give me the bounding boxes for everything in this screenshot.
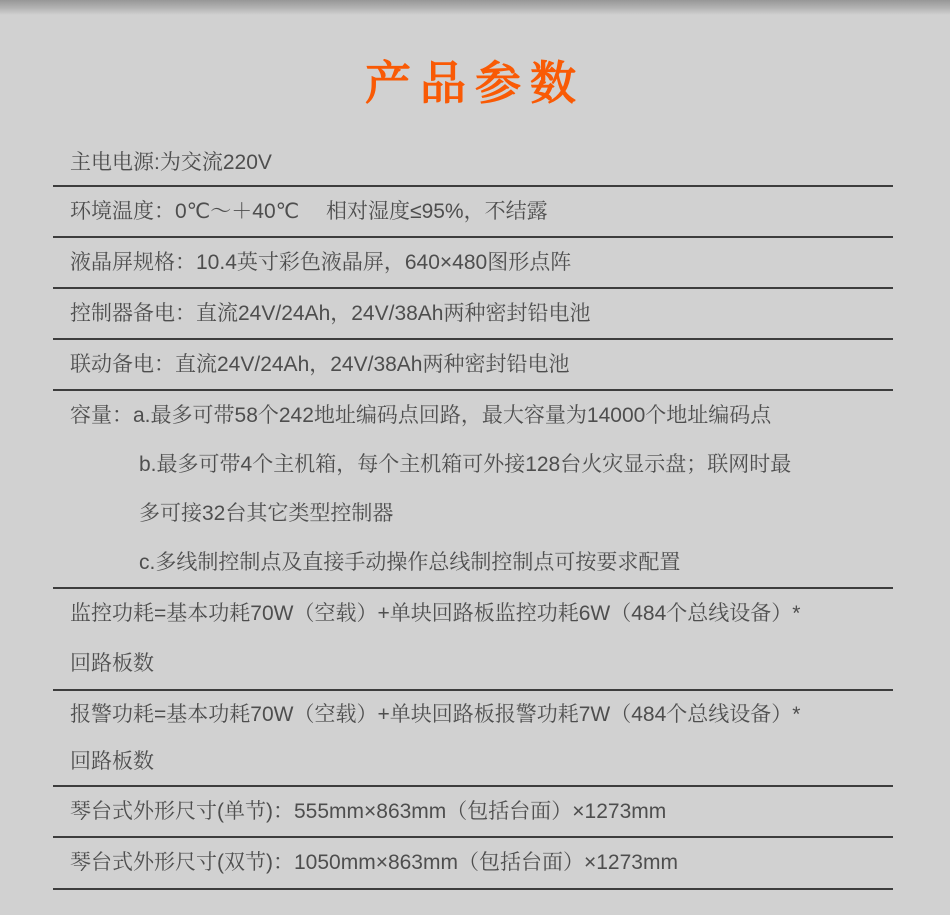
spec-line: c.多线制控制点及直接手动操作总线制控制点可按要求配置	[53, 538, 893, 587]
spec-line: 回路板数	[53, 738, 893, 785]
spec-row-controller-backup-power: 控制器备电：直流24V/24Ah，24V/38Ah两种密封铅电池	[53, 289, 893, 340]
spec-line: 多可接32台其它类型控制器	[53, 489, 893, 538]
spec-row-console-dimensions-single: 琴台式外形尺寸(单节)：555mm×863mm（包括台面）×1273mm	[53, 787, 893, 838]
specs-table: 主电电源:为交流220V 环境温度：0℃～＋40℃ 相对湿度≤95%，不结露 液…	[53, 141, 893, 890]
spec-line: 报警功耗=基本功耗70W（空载）+单块回路板报警功耗7W（484个总线设备）*	[53, 691, 893, 738]
spec-row-console-dimensions-double: 琴台式外形尺寸(双节)：1050mm×863mm（包括台面）×1273mm	[53, 838, 893, 890]
spec-line: 监控功耗=基本功耗70W（空载）+单块回路板监控功耗6W（484个总线设备）*	[53, 589, 893, 639]
spec-line: 琴台式外形尺寸(单节)：555mm×863mm（包括台面）×1273mm	[53, 787, 893, 836]
spec-row-alarm-power-consumption: 报警功耗=基本功耗70W（空载）+单块回路板报警功耗7W（484个总线设备）* …	[53, 691, 893, 787]
product-parameters-page: 产品参数 主电电源:为交流220V 环境温度：0℃～＋40℃ 相对湿度≤95%，…	[0, 0, 950, 915]
spec-line: 控制器备电：直流24V/24Ah，24V/38Ah两种密封铅电池	[53, 289, 893, 338]
spec-row-linkage-backup-power: 联动备电：直流24V/24Ah，24V/38Ah两种密封铅电池	[53, 340, 893, 391]
spec-row-ambient-temperature: 环境温度：0℃～＋40℃ 相对湿度≤95%，不结露	[53, 187, 893, 238]
spec-line: 回路板数	[53, 639, 893, 689]
spec-row-lcd-screen: 液晶屏规格：10.4英寸彩色液晶屏，640×480图形点阵	[53, 238, 893, 289]
spec-line: 主电电源:为交流220V	[53, 141, 893, 185]
spec-line: 琴台式外形尺寸(双节)：1050mm×863mm（包括台面）×1273mm	[53, 838, 893, 888]
spec-line: 容量：a.最多可带58个242地址编码点回路，最大容量为14000个地址编码点	[53, 391, 893, 440]
top-shadow	[0, 0, 950, 15]
spec-row-capacity: 容量：a.最多可带58个242地址编码点回路，最大容量为14000个地址编码点 …	[53, 391, 893, 589]
spec-row-main-power: 主电电源:为交流220V	[53, 141, 893, 187]
spec-line: b.最多可带4个主机箱，每个主机箱可外接128台火灾显示盘；联网时最	[53, 440, 893, 489]
spec-line: 环境温度：0℃～＋40℃ 相对湿度≤95%，不结露	[53, 187, 893, 236]
spec-line: 联动备电：直流24V/24Ah，24V/38Ah两种密封铅电池	[53, 340, 893, 389]
spec-row-monitoring-power-consumption: 监控功耗=基本功耗70W（空载）+单块回路板监控功耗6W（484个总线设备）* …	[53, 589, 893, 691]
page-title: 产品参数	[0, 55, 950, 111]
spec-line: 液晶屏规格：10.4英寸彩色液晶屏，640×480图形点阵	[53, 238, 893, 287]
